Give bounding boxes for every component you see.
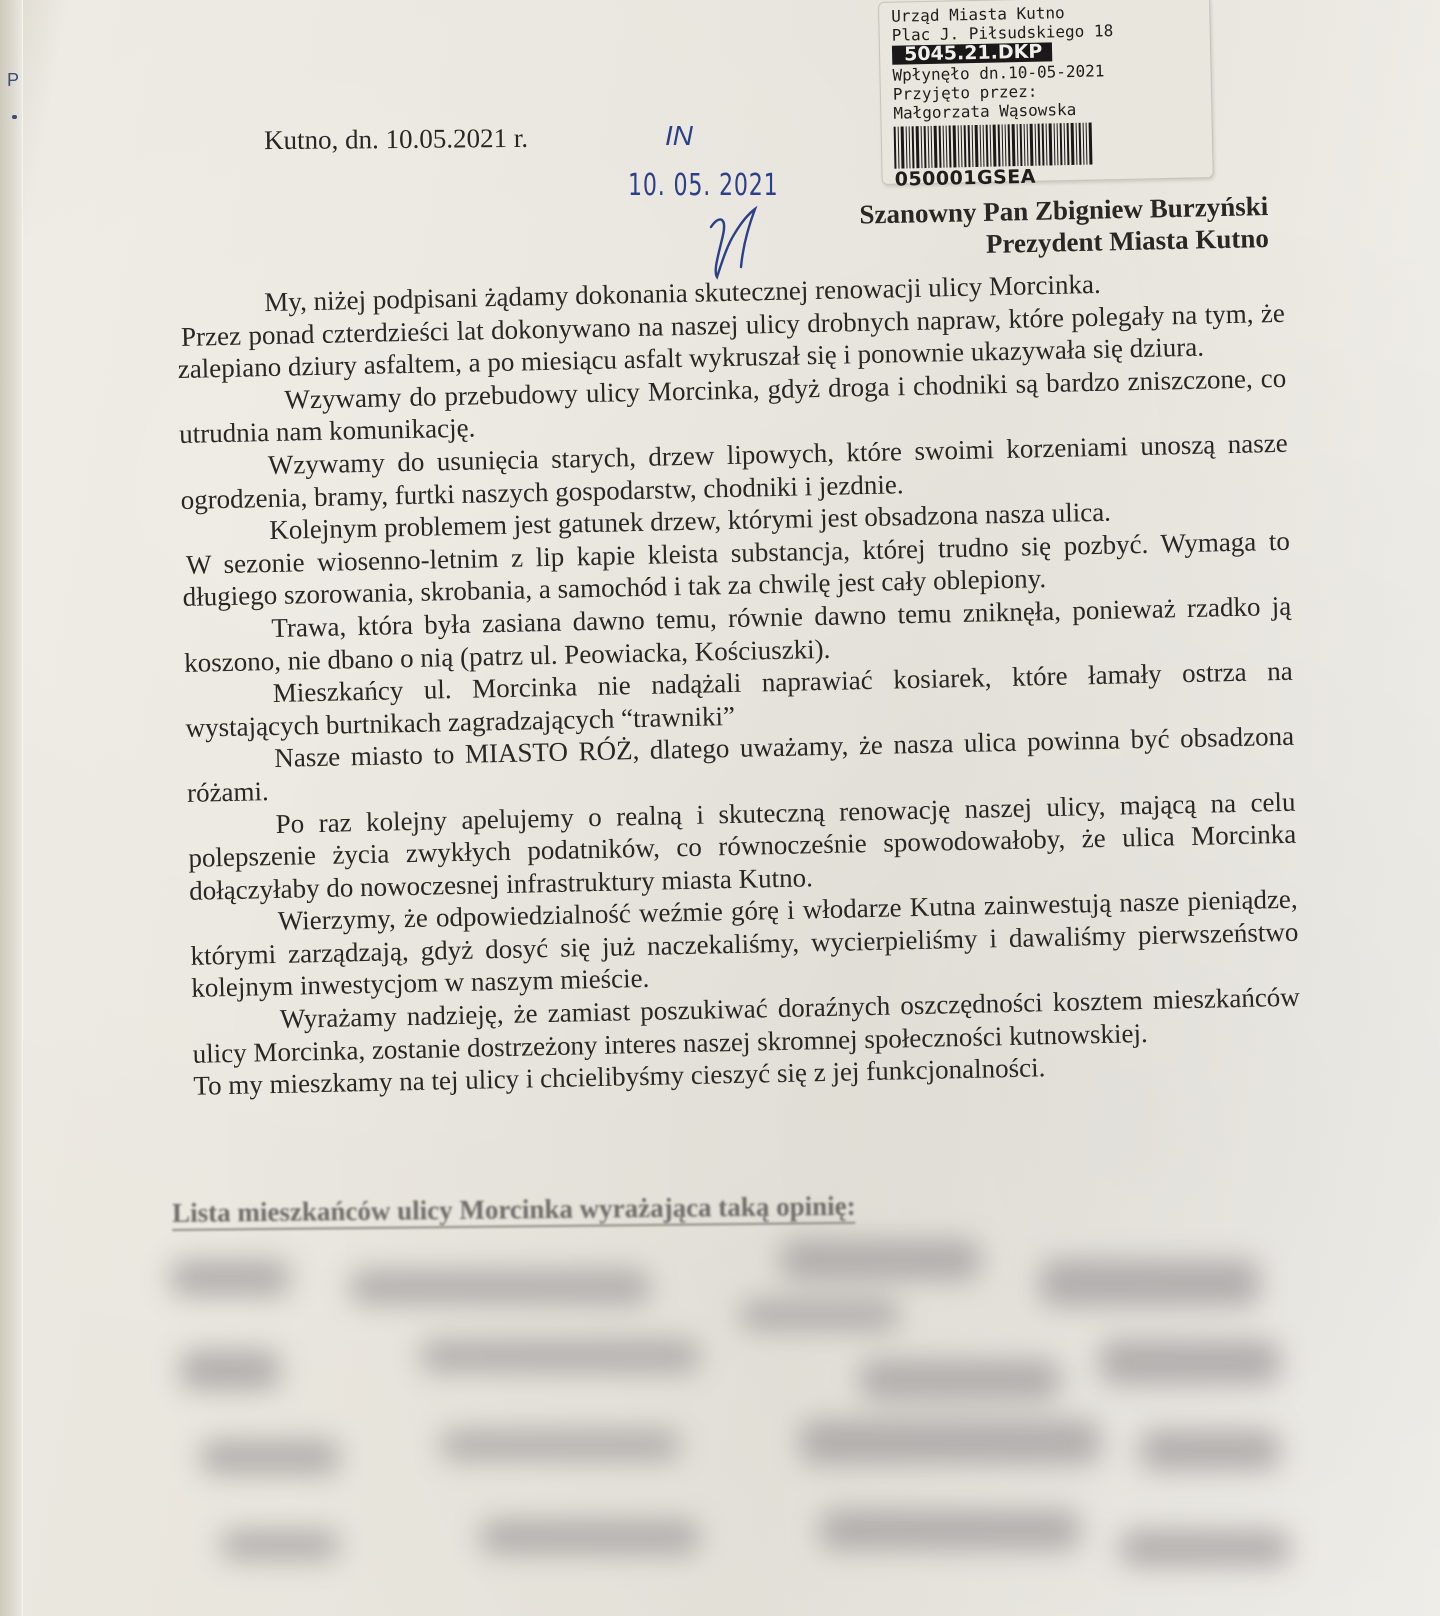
barcode-icon bbox=[894, 121, 1175, 169]
addressee-block: Szanowny Pan Zbigniew Burzyński Prezyden… bbox=[859, 190, 1269, 263]
edge-ink-dot bbox=[12, 115, 17, 119]
edge-handwritten-mark: P bbox=[7, 70, 19, 91]
page-fold-edge bbox=[0, 0, 23, 1616]
incoming-mark: IN bbox=[665, 120, 693, 152]
letter-body: My, niżej podpisani żądamy dokonania sku… bbox=[176, 264, 1302, 1103]
case-number: 5045.21.DKP bbox=[892, 42, 1053, 64]
received-date-stamp: 10. 05. 2021 bbox=[628, 168, 779, 203]
place-and-date: Kutno, dn. 10.05.2021 r. bbox=[264, 123, 528, 156]
signature-icon bbox=[705, 205, 765, 280]
signature-list-heading: Lista mieszkańców ulicy Morcinka wyrażaj… bbox=[172, 1191, 856, 1231]
registry-label: Urząd Miasta Kutno Plac J. Piłsudskiego … bbox=[878, 0, 1214, 185]
redacted-signature-list bbox=[160, 1240, 1310, 1616]
barcode-number: 050001GSEA bbox=[895, 164, 1213, 190]
